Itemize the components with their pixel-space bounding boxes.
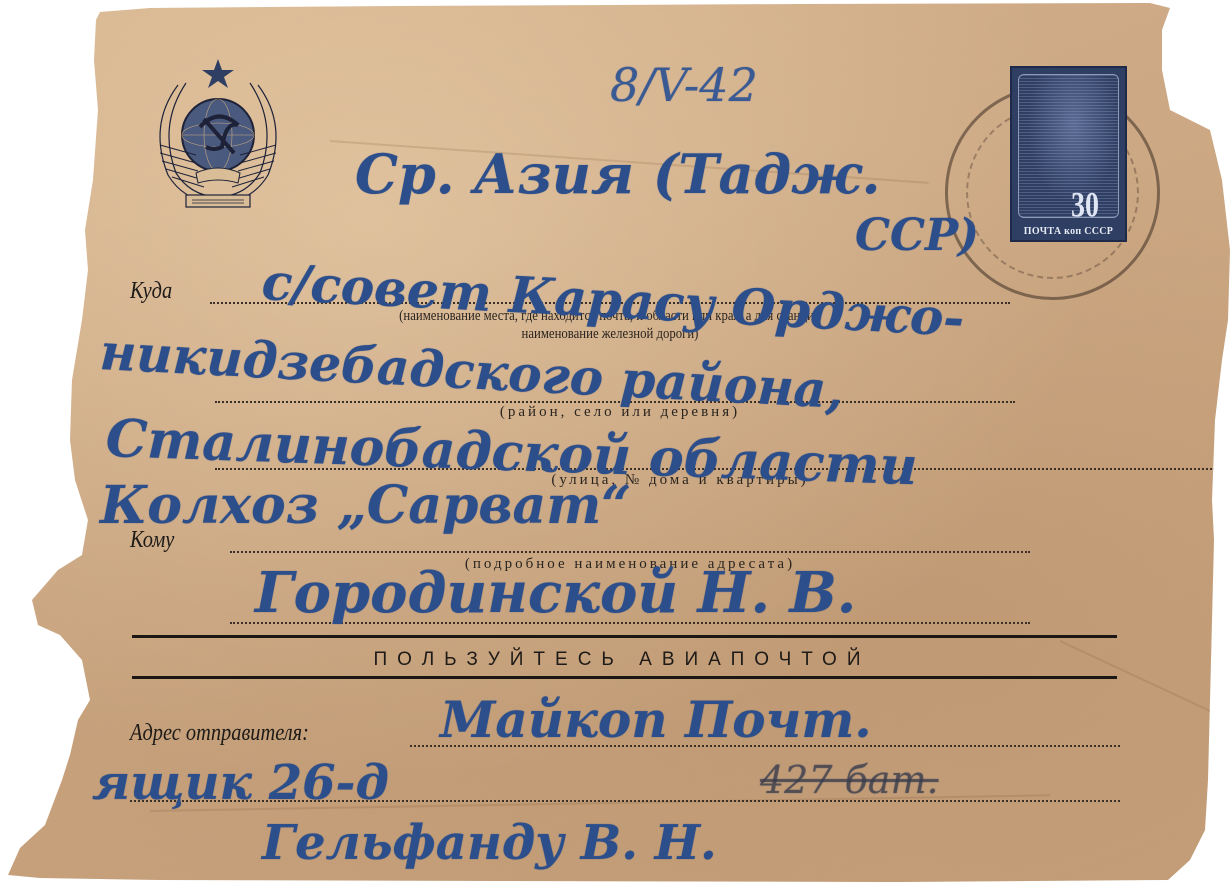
handwritten-kolkhoz: Колхоз „Сарват“ <box>100 475 631 536</box>
handwritten-sender-name: Гельфанду В. Н. <box>262 815 717 871</box>
airmail-rule-top <box>132 635 1117 638</box>
handwritten-sender-city: Майкоп Почт. <box>440 690 872 749</box>
airmail-rule-bottom <box>132 676 1117 679</box>
handwritten-sender-box: ящик 26-д <box>92 755 389 811</box>
ussr-coat-of-arms-icon <box>138 55 298 220</box>
envelope: 30 ПОЧТА коп СССР Куда (наименование мес… <box>0 0 1232 883</box>
stamp-value: 30 <box>1071 188 1099 224</box>
handwritten-recipient: Городинской Н. В. <box>255 560 856 626</box>
airmail-banner: ПОЛЬЗУЙТЕСЬ АВИАПОЧТОЙ <box>132 649 1112 671</box>
crossed-out-unit: 427 бат. <box>760 758 939 802</box>
aviator-stamp-icon: 30 ПОЧТА коп СССР <box>1010 66 1127 242</box>
stamp-caption: ПОЧТА коп СССР <box>1012 226 1125 237</box>
to-where-label: Куда <box>130 278 172 305</box>
handwritten-date: 8/V-42 <box>610 58 758 112</box>
sender-label: Адрес отправителя: <box>130 720 309 747</box>
handwritten-republic: ССР) <box>855 210 979 261</box>
recipient-line-1 <box>230 551 1030 553</box>
stamp-portrait <box>1018 74 1119 218</box>
handwritten-region: Ср. Азия (Тадж. <box>355 142 880 206</box>
